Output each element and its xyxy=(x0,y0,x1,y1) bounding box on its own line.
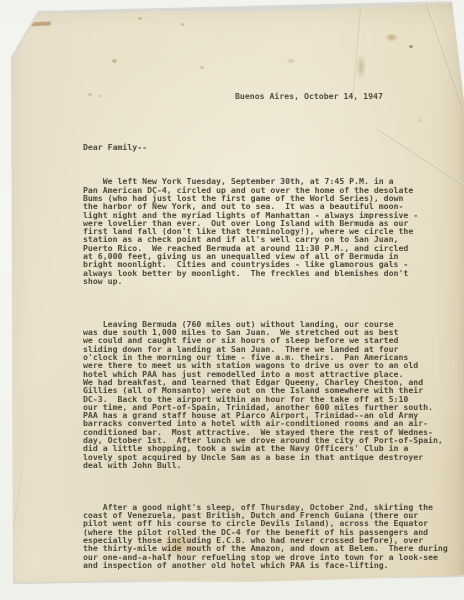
letter-paper: Buenos Aires, October 14, 1947 Dear Fami… xyxy=(0,0,464,600)
stain-spot xyxy=(409,45,413,48)
stain-spot xyxy=(286,58,296,64)
letter-paragraph-2: Leaving Bermuda (760 miles out) without … xyxy=(83,320,455,469)
letter-paragraph-1: We left New York Tuesday, September 30th… xyxy=(83,177,455,285)
stain-spot xyxy=(112,59,117,63)
letter-text: Buenos Aires, October 14, 1947 Dear Fami… xyxy=(83,75,455,586)
salutation: Dear Family-- xyxy=(83,143,455,151)
paper-wrinkle xyxy=(6,470,22,569)
stain-spot xyxy=(27,21,51,26)
stain-spot xyxy=(138,17,142,20)
stain-spot xyxy=(200,66,204,69)
stain-spot xyxy=(300,5,303,8)
scanned-letter-page: Buenos Aires, October 14, 1947 Dear Fami… xyxy=(0,0,464,600)
stain-spot xyxy=(181,23,184,26)
dateline: Buenos Aires, October 14, 1947 xyxy=(235,92,455,100)
stain-spot xyxy=(385,33,398,42)
letter-paragraph-3: After a good night's sleep, off Thursday… xyxy=(83,503,455,569)
